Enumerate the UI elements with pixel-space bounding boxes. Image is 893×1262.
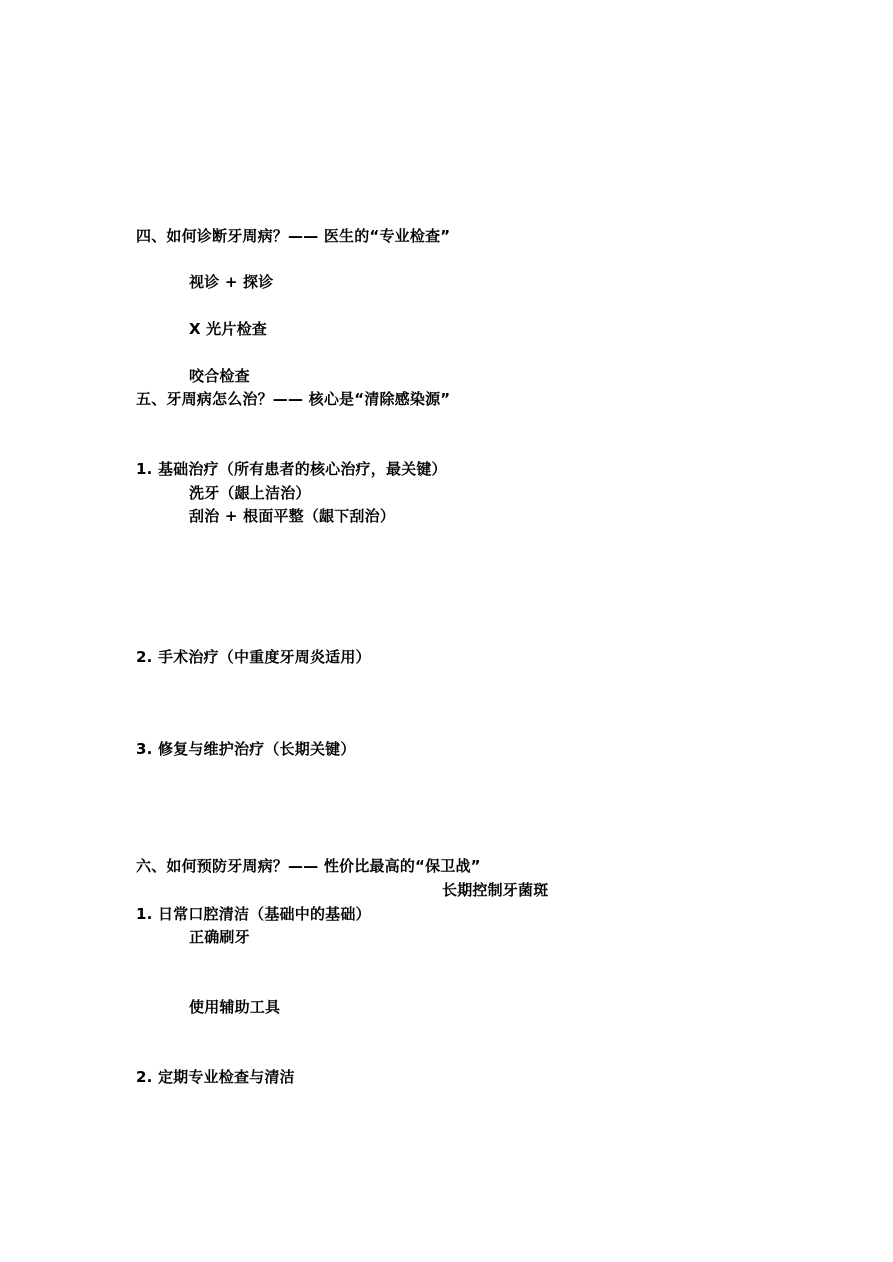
prevention-daily-item-tools: 使用辅助工具: [189, 998, 280, 1016]
prevention-daily-title: 1. 日常口腔清洁（基础中的基础）: [136, 905, 371, 923]
document-page: 四、如何诊断牙周病？—— 医生的“专业检查” 视诊 + 探诊 X 光片检查 咬合…: [0, 0, 893, 1262]
diagnosis-item-visual-probe: 视诊 + 探诊: [189, 273, 273, 291]
diagnosis-item-occlusion: 咬合检查: [189, 367, 250, 385]
treatment-basic-item-root-planing: 刮治 + 根面平整（龈下刮治）: [189, 507, 395, 525]
section-six-heading: 六、如何预防牙周病？—— 性价比最高的“保卫战”: [136, 857, 481, 875]
section-four-heading: 四、如何诊断牙周病？—— 医生的“专业检查”: [136, 227, 450, 245]
prevention-daily-item-brushing: 正确刷牙: [189, 928, 250, 946]
section-five-heading: 五、牙周病怎么治？—— 核心是“清除感染源”: [136, 390, 450, 408]
treatment-basic-item-scaling: 洗牙（龈上洁治）: [189, 484, 311, 502]
prevention-regular-checkup-title: 2. 定期专业检查与清洁: [136, 1068, 295, 1086]
treatment-maintenance-title: 3. 修复与维护治疗（长期关键）: [136, 740, 356, 758]
prevention-note: 长期控制牙菌斑: [442, 881, 548, 899]
diagnosis-item-xray: X 光片检查: [189, 320, 267, 338]
treatment-surgery-title: 2. 手术治疗（中重度牙周炎适用）: [136, 648, 371, 666]
treatment-basic-title: 1. 基础治疗（所有患者的核心治疗，最关键）: [136, 460, 447, 478]
